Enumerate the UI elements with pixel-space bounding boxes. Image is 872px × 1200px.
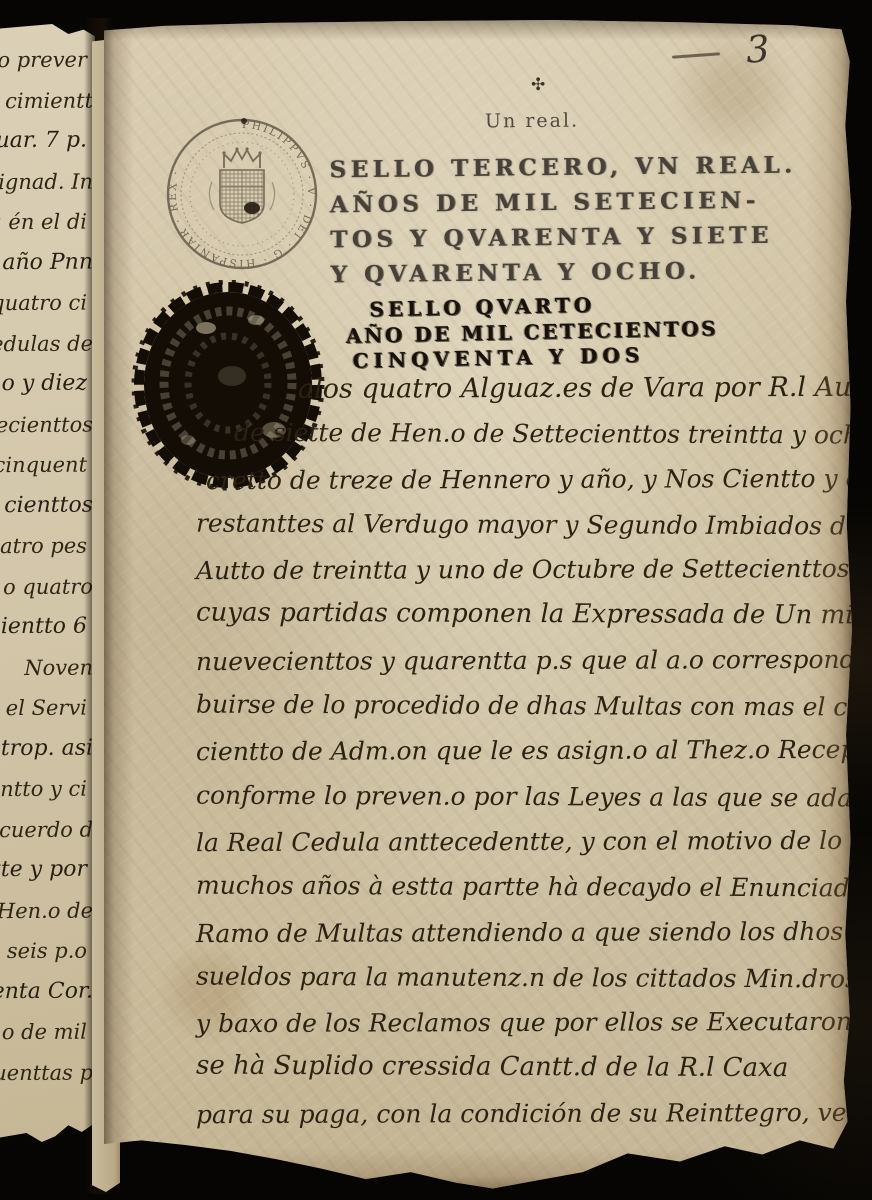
fragment-text-line: quatro ci — [0, 283, 93, 324]
fragment-text-line: uenttas p — [0, 1052, 93, 1093]
fragment-text-line: trop. asi — [0, 728, 93, 769]
fragment-text-line: tecienttos — [0, 404, 93, 445]
handwritten-line: nuevecienttos y quarentta p.s que al a.o… — [196, 637, 844, 685]
handwritten-line: sueldos para la manutenz.n de los cittad… — [196, 953, 844, 1001]
cross-ornament-icon: ✣ — [531, 75, 545, 95]
fragment-text-line: año Pnn — [0, 242, 93, 283]
fragment-text-line: Hen.o de — [0, 890, 93, 931]
fragment-text-line: quatro pes — [0, 526, 93, 567]
fragment-text-line: ientto 6 — [0, 607, 93, 648]
fragment-text-line: a én el di — [0, 202, 93, 243]
fragment-text-line: cienttos — [0, 485, 93, 526]
handwritten-line: se hà Suplido cressida Cantt.d de la R.l… — [196, 1044, 844, 1092]
fragment-text-line: enta Cor. — [0, 971, 93, 1012]
previous-page-fragment: lo preverde cimienttquar. 7 p.signad. In… — [0, 24, 95, 1142]
handwritten-line: cientto de Adm.on que le es asign.o al T… — [196, 727, 844, 775]
fragment-text-line: cinquent — [0, 445, 93, 486]
handwritten-line: para su paga, con la condición de su Rei… — [196, 1090, 844, 1138]
previous-page-text: lo preverde cimienttquar. 7 p.signad. In… — [0, 40, 93, 1093]
fragment-text-line: lo prever — [0, 40, 93, 81]
fragment-text-line: ntto y ci — [0, 769, 93, 810]
denomination-label: Un real. — [485, 110, 579, 133]
fragment-text-line: ntte y por — [0, 850, 93, 891]
fragment-text-line: o y diez — [0, 364, 93, 405]
handwritten-line: cretto de treze de Hennero y año, y Nos … — [196, 455, 844, 503]
philippus-v-crown-seal: PHILIPPVS · V · DEI · G · HISPANIAR · RE… — [160, 112, 324, 276]
fragment-text-line: signad. In — [0, 161, 93, 202]
manuscript-page: 3 ✣ Un real. SELLO TERCERO, VN REAL.AÑOS… — [104, 20, 852, 1192]
stamp-text-line: Y QVARENTA Y OCHO. — [330, 253, 782, 293]
handwritten-line: Autto de treintta y uno de Octubre de Se… — [196, 546, 844, 594]
handwritten-line: y baxo de los Reclamos que por ellos se … — [196, 999, 844, 1047]
ink-blot — [244, 202, 260, 214]
fragment-text-line: Noven — [0, 647, 93, 688]
fragment-text-line: de cimientt — [0, 80, 93, 121]
stamp-text-line: SELLO TERCERO, VN REAL. — [329, 148, 781, 188]
folio-number: 3 — [745, 27, 771, 72]
handwritten-line: restanttes al Verdugo mayor y Segundo Im… — [196, 500, 844, 548]
fragment-text-line: quar. 7 p. — [0, 121, 93, 162]
handwritten-body: alos quatro Alguaz.es de Vara por R.l Au… — [196, 366, 844, 1136]
corner-dash-mark — [672, 52, 720, 58]
sello-tercero-stamp-text: SELLO TERCERO, VN REAL.AÑOS DE MIL SETEC… — [329, 148, 782, 293]
handwritten-line: cuyas partidas componen la Expressada de… — [196, 591, 844, 639]
handwritten-line: de siette de Hen.o de Settecienttos trei… — [196, 410, 844, 458]
fragment-text-line: el Servi — [0, 688, 93, 729]
handwritten-line: la Real Cedula anttecedentte, y con el m… — [196, 818, 844, 866]
handwritten-line: conforme lo preven.o por las Leyes a las… — [196, 772, 844, 820]
handwritten-line: alos quatro Alguaz.es de Vara por R.l Au… — [196, 365, 844, 413]
sello-quarto-stamp-text: SELLO QVARTOAÑO DE MIL CETECIENTOSCINQVE… — [345, 290, 719, 374]
fragment-text-line: o de mil — [0, 1012, 93, 1053]
stamp-text-line: TOS Y QVARENTA Y SIETE — [330, 218, 782, 258]
fragment-text-line: edulas de — [0, 323, 93, 364]
handwritten-line: buirse de lo procedido de dhas Multas co… — [196, 682, 844, 730]
manuscript-photo: lo preverde cimienttquar. 7 p.signad. In… — [0, 0, 872, 1200]
fragment-text-line: o quatro — [0, 566, 93, 607]
handwritten-line: Ramo de Multas attendiendo a que siendo … — [196, 908, 844, 956]
stamp-text-line: AÑOS DE MIL SETECIEN- — [330, 183, 782, 223]
handwritten-line: muchos años à estta partte hà decaydo el… — [196, 863, 844, 911]
fragment-text-line: seis p.o — [0, 931, 93, 972]
fragment-text-line: Acuerdo d — [0, 809, 93, 850]
